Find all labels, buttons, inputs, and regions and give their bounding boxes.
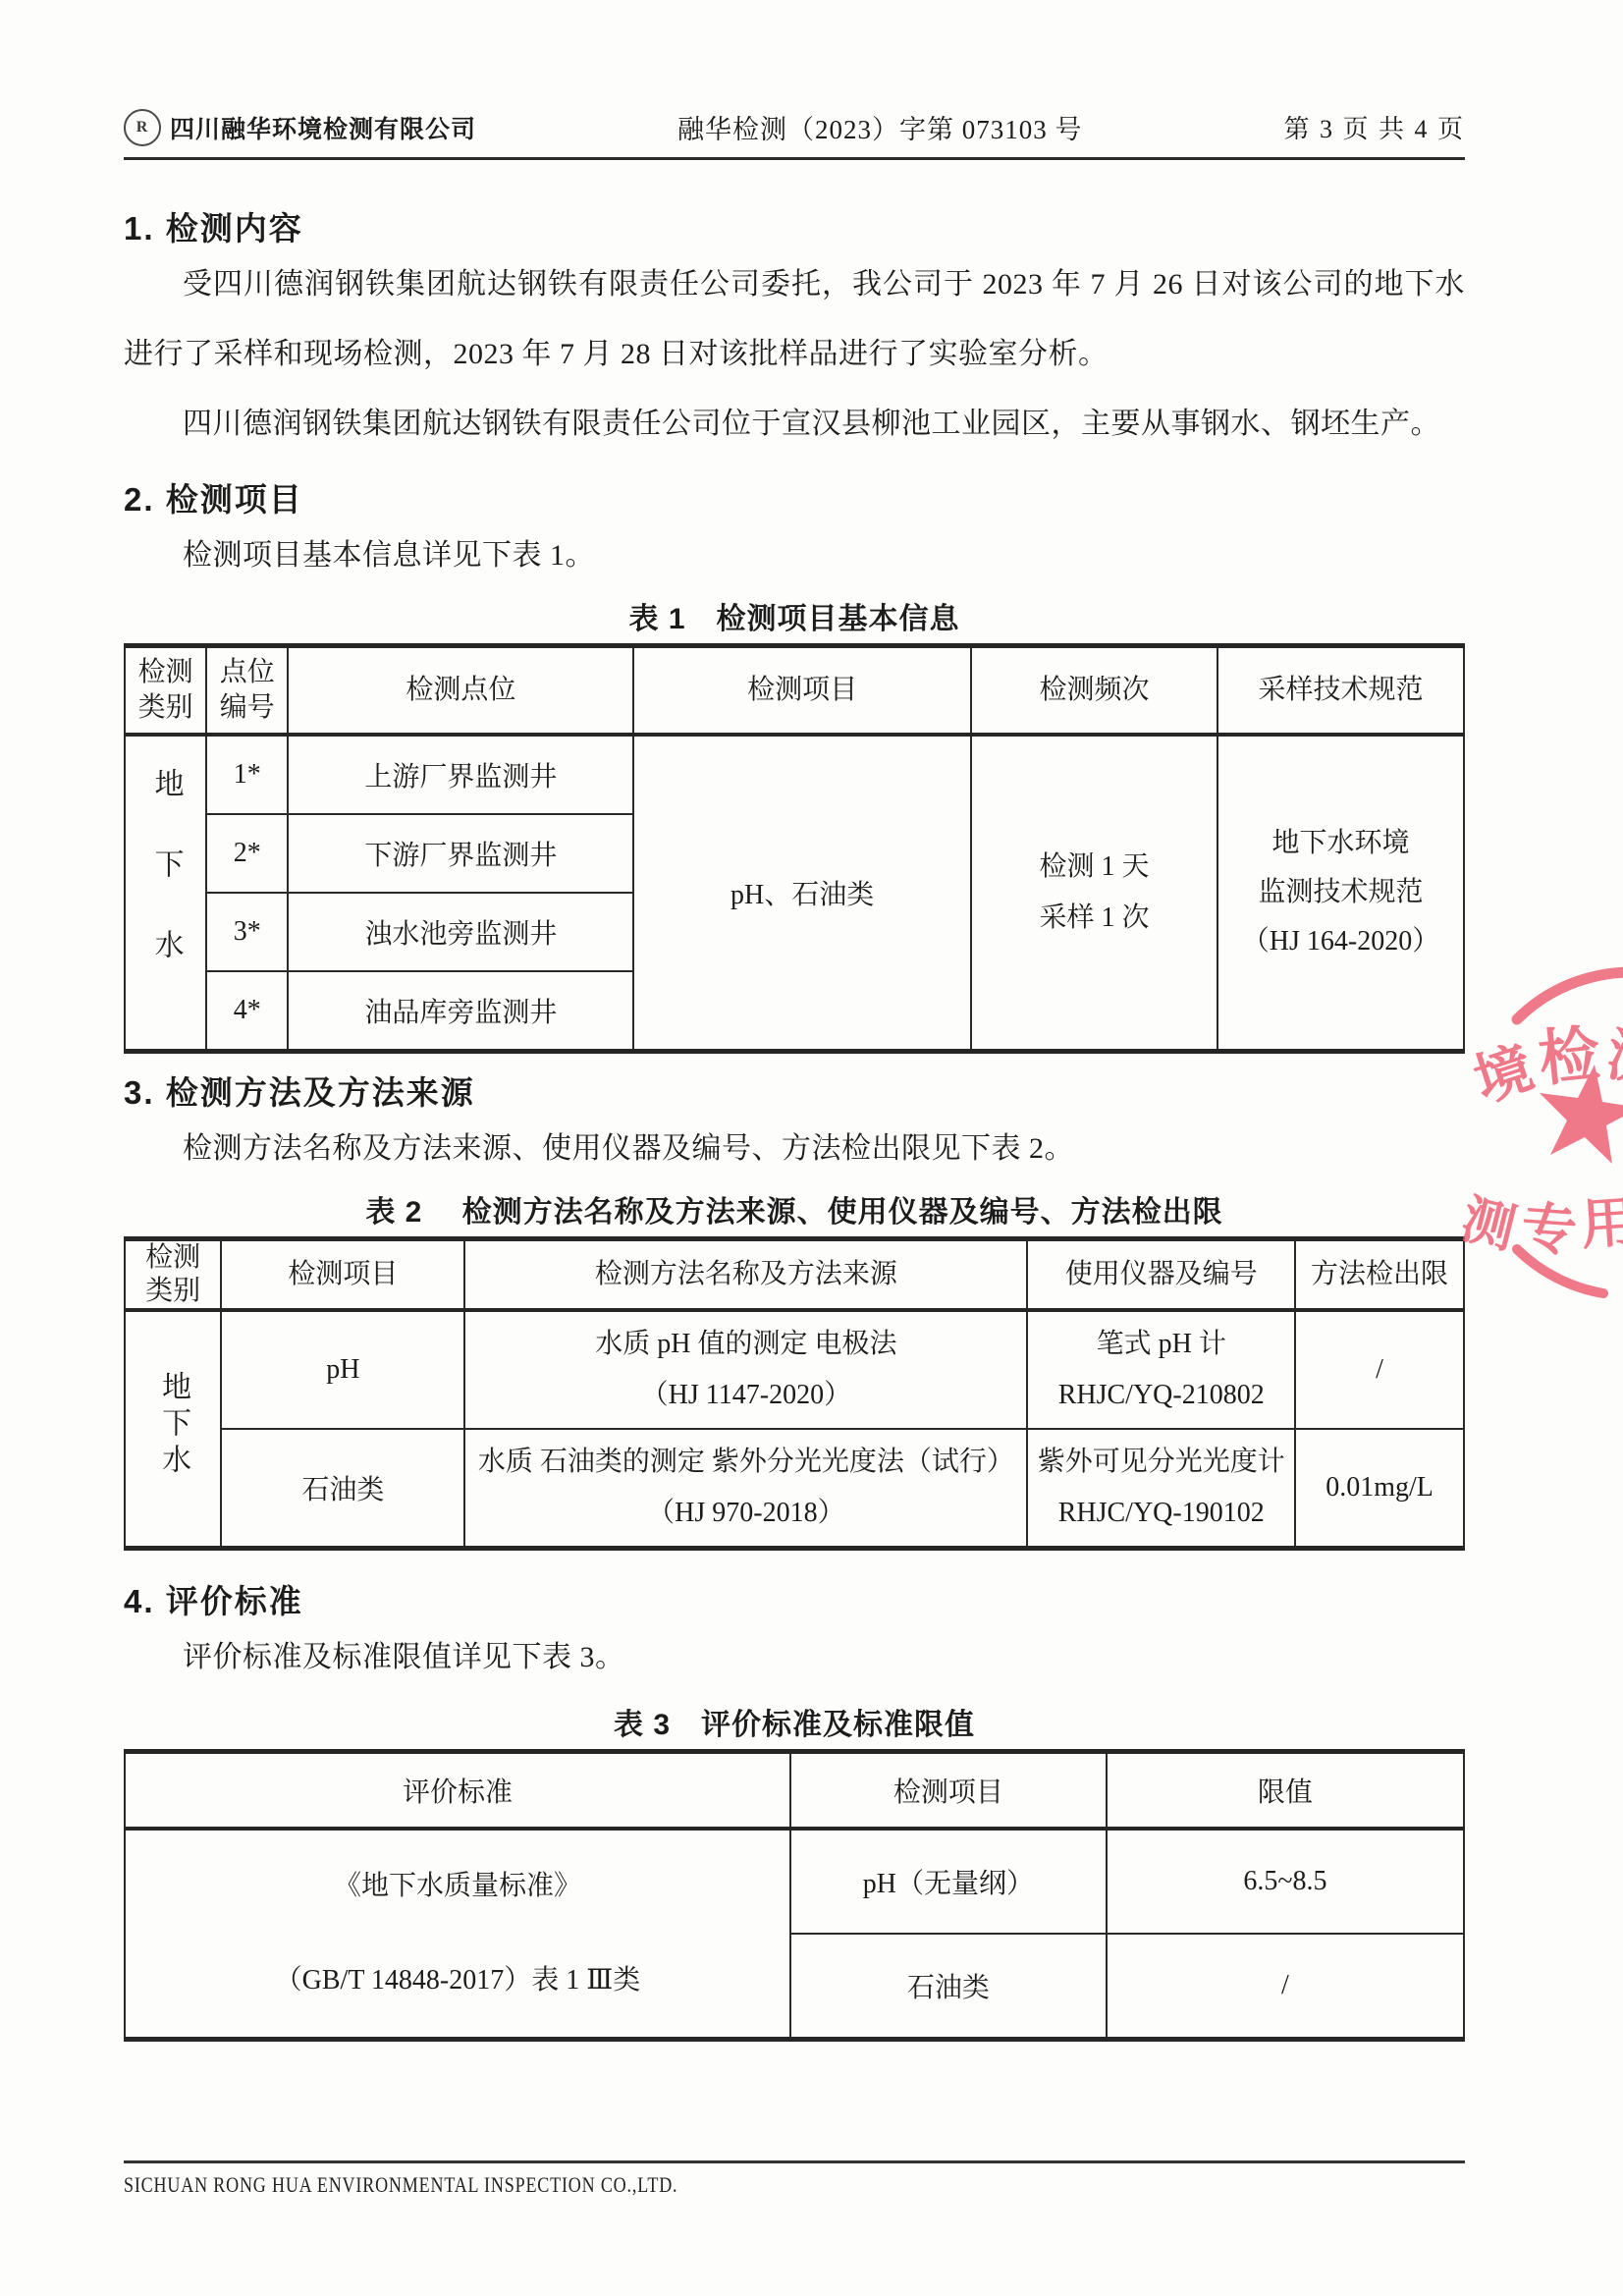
t2-header-item: 检测项目 (221, 1239, 464, 1311)
t1-r3-no: 3* (206, 893, 288, 971)
t3-r1-limit: 6.5~8.5 (1107, 1829, 1464, 1934)
header-divider (124, 157, 1465, 160)
table-3: 评价标准 检测项目 限值 《地下水质量标准》 （GB/T 14848-2017）… (124, 1749, 1465, 2042)
stamp-char-bottom-3: 用 (1579, 1192, 1623, 1257)
table-1: 检测 类别 点位 编号 检测点位 检测项目 检测频次 采样技术规范 地下水 1*… (124, 643, 1465, 1054)
t3-r2-limit: / (1107, 1934, 1464, 2040)
table-row: 地下水 pH 水质 pH 值的测定 电极法 （HJ 1147-2020） 笔式 … (125, 1310, 1464, 1429)
t2-r2-method: 水质 石油类的测定 紫外分光光度法（试行） （HJ 970-2018） (464, 1429, 1027, 1549)
section-4-title: 4. 评价标准 (124, 1576, 1465, 1622)
t1-r1-point: 上游厂界监测井 (288, 735, 633, 814)
t1-spec-cell: 地下水环境 监测技术规范 （HJ 164-2020） (1217, 735, 1464, 1052)
t2-header-limit: 方法检出限 (1295, 1239, 1464, 1311)
t3-standard-cell: 《地下水质量标准》 （GB/T 14848-2017）表 1 Ⅲ类 (125, 1829, 790, 2040)
section-3-title: 3. 检测方法及方法来源 (124, 1067, 1465, 1114)
t1-header-point: 检测点位 (288, 646, 633, 736)
t2-r1-limit: / (1295, 1310, 1464, 1429)
t1-header-category: 检测 类别 (125, 646, 206, 736)
stamp-bottom-arc (1517, 1249, 1603, 1293)
t2-category-cell: 地下水 (125, 1310, 221, 1549)
section-4-paragraph: 评价标准及标准限值详见下表 3。 (124, 1622, 1465, 1692)
t1-r4-point: 油品库旁监测井 (288, 971, 633, 1052)
t1-category-text: 地下水 (144, 768, 188, 1010)
t3-header-item: 检测项目 (790, 1752, 1107, 1830)
t2-category-text: 地下水 (151, 1371, 194, 1480)
table-3-caption: 表 3 评价标准及标准限值 (124, 1700, 1465, 1743)
table-3-header-row: 评价标准 检测项目 限值 (125, 1752, 1464, 1830)
document-page: R 四川融华环境检测有限公司 融华检测（2023）字第 073103 号 第 3… (0, 0, 1623, 2296)
section-1-paragraph-1: 受四川德润钢铁集团航达钢铁有限责任公司委托，我公司于 2023 年 7 月 26… (124, 249, 1465, 389)
t1-header-point-no: 点位 编号 (206, 646, 288, 736)
stamp-char-top-3: 测 (1603, 1022, 1623, 1093)
stamp-char-bottom-1: 测 (1456, 1189, 1522, 1259)
table-2-header-row: 检测 类别 检测项目 检测方法名称及方法来源 使用仪器及编号 方法检出限 (125, 1239, 1464, 1311)
section-3-paragraph: 检测方法名称及方法来源、使用仪器及编号、方法检出限见下表 2。 (124, 1114, 1465, 1183)
t1-header-item: 检测项目 (633, 646, 971, 736)
table-row: 地下水 1* 上游厂界监测井 pH、石油类 检测 1 天 采样 1 次 地下水环… (125, 735, 1464, 814)
t3-header-limit: 限值 (1107, 1752, 1464, 1830)
t1-header-spec: 采样技术规范 (1217, 646, 1464, 736)
document-header: R 四川融华环境检测有限公司 融华检测（2023）字第 073103 号 第 3… (124, 108, 1465, 146)
t2-r2-instrument: 紫外可见分光光度计 RHJC/YQ-190102 (1027, 1429, 1295, 1549)
t2-r2-limit: 0.01mg/L (1295, 1429, 1464, 1549)
page-content: R 四川融华环境检测有限公司 融华检测（2023）字第 073103 号 第 3… (124, 108, 1465, 2042)
stamp-star-icon (1540, 1065, 1623, 1164)
table-2-caption: 表 2 检测方法名称及方法来源、使用仪器及编号、方法检出限 (124, 1187, 1465, 1230)
section-2-title: 2. 检测项目 (124, 474, 1465, 520)
stamp-char-top-1: 境 (1467, 1036, 1541, 1115)
t2-header-method: 检测方法名称及方法来源 (464, 1239, 1027, 1311)
table-1-header-row: 检测 类别 点位 编号 检测点位 检测项目 检测频次 采样技术规范 (125, 646, 1464, 736)
t2-r2-item: 石油类 (221, 1429, 464, 1549)
t1-freq-cell: 检测 1 天 采样 1 次 (971, 735, 1217, 1052)
footer-company-name: SICHUAN RONG HUA ENVIRONMENTAL INSPECTIO… (124, 2172, 1223, 2198)
page-number: 第 3 页 共 4 页 (1283, 109, 1465, 145)
t1-header-freq: 检测频次 (971, 646, 1217, 736)
t1-r2-no: 2* (206, 814, 288, 893)
t1-r1-no: 1* (206, 735, 288, 814)
t2-r1-item: pH (221, 1310, 464, 1429)
section-1-title: 1. 检测内容 (124, 203, 1465, 249)
section-2-paragraph: 检测项目基本信息详见下表 1。 (124, 520, 1465, 590)
t1-r3-point: 浊水池旁监测井 (288, 893, 633, 971)
table-row: 石油类 水质 石油类的测定 紫外分光光度法（试行） （HJ 970-2018） … (125, 1429, 1464, 1549)
company-brand: R 四川融华环境检测有限公司 (124, 109, 476, 146)
document-number: 融华检测（2023）字第 073103 号 (677, 108, 1083, 146)
company-name: 四川融华环境检测有限公司 (170, 110, 476, 145)
company-logo-icon: R (124, 109, 161, 146)
t1-category-cell: 地下水 (125, 735, 206, 1052)
t2-r1-method: 水质 pH 值的测定 电极法 （HJ 1147-2020） (464, 1310, 1027, 1429)
t2-header-instrument: 使用仪器及编号 (1027, 1239, 1295, 1311)
page-footer: SICHUAN RONG HUA ENVIRONMENTAL INSPECTIO… (124, 2160, 1465, 2198)
table-1-caption: 表 1 检测项目基本信息 (124, 594, 1465, 637)
stamp-char-top-2: 检 (1536, 1020, 1603, 1094)
stamp-top-arc (1517, 972, 1623, 1019)
t1-r4-no: 4* (206, 971, 288, 1052)
section-1-paragraph-2: 四川德润钢铁集团航达钢铁有限责任公司位于宣汉县柳池工业园区，主要从事钢水、钢坯生… (124, 389, 1465, 459)
stamp-char-bottom-2: 专 (1520, 1198, 1579, 1263)
t2-r1-instrument: 笔式 pH 计 RHJC/YQ-210802 (1027, 1310, 1295, 1429)
t3-header-standard: 评价标准 (125, 1752, 790, 1830)
t1-item-cell: pH、石油类 (633, 735, 971, 1052)
t2-header-category: 检测 类别 (125, 1239, 221, 1311)
table-2: 检测 类别 检测项目 检测方法名称及方法来源 使用仪器及编号 方法检出限 地下水… (124, 1236, 1465, 1551)
t3-r1-item: pH（无量纲） (790, 1829, 1107, 1934)
t3-r2-item: 石油类 (790, 1934, 1107, 2040)
table-row: 《地下水质量标准》 （GB/T 14848-2017）表 1 Ⅲ类 pH（无量纲… (125, 1829, 1464, 1934)
footer-divider (124, 2160, 1465, 2163)
t1-r2-point: 下游厂界监测井 (288, 814, 633, 893)
